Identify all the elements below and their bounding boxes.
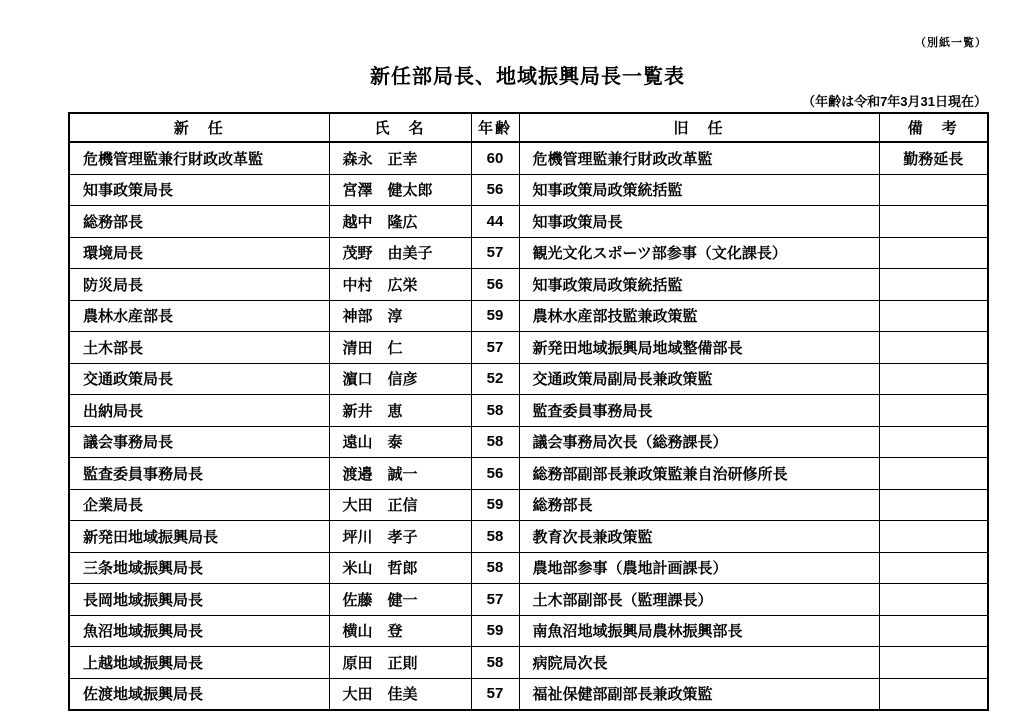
cell-note <box>879 426 988 458</box>
cell-old-post: 福祉保健部副部長兼政策監 <box>519 678 879 710</box>
cell-name: 横山 登 <box>329 615 471 647</box>
cell-old-post: 教育次長兼政策監 <box>519 521 879 553</box>
cell-name: 中村 広栄 <box>329 269 471 301</box>
cell-new-post: 交通政策局長 <box>69 363 329 395</box>
table-row: 新発田地域振興局長 坪川 孝子 58 教育次長兼政策監 <box>69 521 988 553</box>
table-row: 企業局長 大田 正信 59 総務部長 <box>69 489 988 521</box>
cell-name: 坪川 孝子 <box>329 521 471 553</box>
cell-name: 大田 佳美 <box>329 678 471 710</box>
cell-note <box>879 300 988 332</box>
cell-old-post: 農地部参事（農地計画課長） <box>519 552 879 584</box>
document-page: （別紙一覧） 新任部局長、地域振興局長一覧表 （年齢は令和7年3月31日現在） … <box>0 0 1024 726</box>
cell-name: 遠山 泰 <box>329 426 471 458</box>
table-row: 長岡地域振興局長 佐藤 健一 57 土木部副部長（監理課長） <box>69 584 988 616</box>
cell-age: 44 <box>471 206 519 238</box>
cell-age: 57 <box>471 237 519 269</box>
table-row: 総務部長 越中 隆広 44 知事政策局長 <box>69 206 988 238</box>
cell-new-post: 監査委員事務局長 <box>69 458 329 490</box>
table-row: 交通政策局長 濵口 信彦 52 交通政策局副局長兼政策監 <box>69 363 988 395</box>
cell-age: 58 <box>471 426 519 458</box>
cell-note <box>879 458 988 490</box>
cell-note <box>879 521 988 553</box>
cell-old-post: 危機管理監兼行財政改革監 <box>519 142 879 174</box>
table-row: 三条地域振興局長 米山 哲郎 58 農地部参事（農地計画課長） <box>69 552 988 584</box>
header-note: 備 考 <box>879 113 988 142</box>
personnel-table: 新 任 氏 名 年齢 旧 任 備 考 危機管理監兼行財政改革監 森永 正幸 60… <box>68 112 989 711</box>
cell-note <box>879 647 988 679</box>
cell-new-post: 総務部長 <box>69 206 329 238</box>
cell-name: 濵口 信彦 <box>329 363 471 395</box>
corner-note: （別紙一覧） <box>915 34 987 50</box>
table-row: 魚沼地域振興局長 横山 登 59 南魚沼地域振興局農林振興部長 <box>69 615 988 647</box>
cell-name: 米山 哲郎 <box>329 552 471 584</box>
cell-note <box>879 615 988 647</box>
cell-name: 森永 正幸 <box>329 142 471 174</box>
cell-new-post: 防災局長 <box>69 269 329 301</box>
cell-new-post: 新発田地域振興局長 <box>69 521 329 553</box>
cell-age: 58 <box>471 552 519 584</box>
cell-old-post: 南魚沼地域振興局農林振興部長 <box>519 615 879 647</box>
cell-new-post: 危機管理監兼行財政改革監 <box>69 142 329 174</box>
cell-name: 佐藤 健一 <box>329 584 471 616</box>
header-name: 氏 名 <box>329 113 471 142</box>
cell-note <box>879 552 988 584</box>
table-row: 議会事務局長 遠山 泰 58 議会事務局次長（総務課長） <box>69 426 988 458</box>
cell-new-post: 環境局長 <box>69 237 329 269</box>
table-row: 佐渡地域振興局長 大田 佳美 57 福祉保健部副部長兼政策監 <box>69 678 988 710</box>
cell-old-post: 病院局次長 <box>519 647 879 679</box>
cell-new-post: 土木部長 <box>69 332 329 364</box>
cell-new-post: 上越地域振興局長 <box>69 647 329 679</box>
cell-note <box>879 237 988 269</box>
date-note: （年齢は令和7年3月31日現在） <box>802 91 987 110</box>
cell-old-post: 観光文化スポーツ部参事（文化課長） <box>519 237 879 269</box>
cell-name: 大田 正信 <box>329 489 471 521</box>
header-row: 新 任 氏 名 年齢 旧 任 備 考 <box>69 113 988 142</box>
cell-name: 宮澤 健太郎 <box>329 174 471 206</box>
cell-old-post: 新発田地域振興局地域整備部長 <box>519 332 879 364</box>
cell-age: 58 <box>471 395 519 427</box>
cell-new-post: 佐渡地域振興局長 <box>69 678 329 710</box>
cell-note <box>879 489 988 521</box>
cell-note <box>879 584 988 616</box>
cell-old-post: 総務部副部長兼政策監兼自治研修所長 <box>519 458 879 490</box>
cell-age: 60 <box>471 142 519 174</box>
cell-age: 59 <box>471 615 519 647</box>
table-row: 監査委員事務局長 渡邉 誠一 56 総務部副部長兼政策監兼自治研修所長 <box>69 458 988 490</box>
table-row: 防災局長 中村 広栄 56 知事政策局政策統括監 <box>69 269 988 301</box>
cell-name: 新井 恵 <box>329 395 471 427</box>
cell-age: 56 <box>471 458 519 490</box>
header-new-post: 新 任 <box>69 113 329 142</box>
cell-age: 57 <box>471 332 519 364</box>
cell-name: 越中 隆広 <box>329 206 471 238</box>
cell-age: 59 <box>471 300 519 332</box>
cell-age: 59 <box>471 489 519 521</box>
cell-age: 56 <box>471 269 519 301</box>
table-row: 環境局長 茂野 由美子 57 観光文化スポーツ部参事（文化課長） <box>69 237 988 269</box>
cell-old-post: 知事政策局政策統括監 <box>519 174 879 206</box>
cell-new-post: 農林水産部長 <box>69 300 329 332</box>
cell-note <box>879 363 988 395</box>
cell-old-post: 土木部副部長（監理課長） <box>519 584 879 616</box>
table-row: 上越地域振興局長 原田 正則 58 病院局次長 <box>69 647 988 679</box>
cell-age: 56 <box>471 174 519 206</box>
cell-new-post: 企業局長 <box>69 489 329 521</box>
cell-name: 渡邉 誠一 <box>329 458 471 490</box>
header-old-post: 旧 任 <box>519 113 879 142</box>
cell-note <box>879 174 988 206</box>
cell-new-post: 長岡地域振興局長 <box>69 584 329 616</box>
cell-note <box>879 332 988 364</box>
cell-new-post: 議会事務局長 <box>69 426 329 458</box>
cell-note <box>879 206 988 238</box>
cell-note <box>879 269 988 301</box>
cell-old-post: 知事政策局政策統括監 <box>519 269 879 301</box>
cell-age: 57 <box>471 584 519 616</box>
cell-age: 58 <box>471 647 519 679</box>
cell-old-post: 交通政策局副局長兼政策監 <box>519 363 879 395</box>
cell-note: 勤務延長 <box>879 142 988 174</box>
cell-name: 神部 淳 <box>329 300 471 332</box>
cell-old-post: 農林水産部技監兼政策監 <box>519 300 879 332</box>
cell-new-post: 三条地域振興局長 <box>69 552 329 584</box>
cell-old-post: 知事政策局長 <box>519 206 879 238</box>
cell-new-post: 魚沼地域振興局長 <box>69 615 329 647</box>
cell-old-post: 総務部長 <box>519 489 879 521</box>
cell-note <box>879 395 988 427</box>
table-row: 土木部長 清田 仁 57 新発田地域振興局地域整備部長 <box>69 332 988 364</box>
cell-old-post: 監査委員事務局長 <box>519 395 879 427</box>
cell-note <box>879 678 988 710</box>
cell-age: 52 <box>471 363 519 395</box>
page-title: 新任部局長、地域振興局長一覧表 <box>68 60 987 89</box>
cell-name: 原田 正則 <box>329 647 471 679</box>
header-age: 年齢 <box>471 113 519 142</box>
cell-new-post: 出納局長 <box>69 395 329 427</box>
table-row: 危機管理監兼行財政改革監 森永 正幸 60 危機管理監兼行財政改革監 勤務延長 <box>69 142 988 174</box>
table-row: 農林水産部長 神部 淳 59 農林水産部技監兼政策監 <box>69 300 988 332</box>
cell-age: 58 <box>471 521 519 553</box>
table-row: 知事政策局長 宮澤 健太郎 56 知事政策局政策統括監 <box>69 174 988 206</box>
table-row: 出納局長 新井 恵 58 監査委員事務局長 <box>69 395 988 427</box>
cell-new-post: 知事政策局長 <box>69 174 329 206</box>
cell-old-post: 議会事務局次長（総務課長） <box>519 426 879 458</box>
cell-age: 57 <box>471 678 519 710</box>
cell-name: 清田 仁 <box>329 332 471 364</box>
cell-name: 茂野 由美子 <box>329 237 471 269</box>
